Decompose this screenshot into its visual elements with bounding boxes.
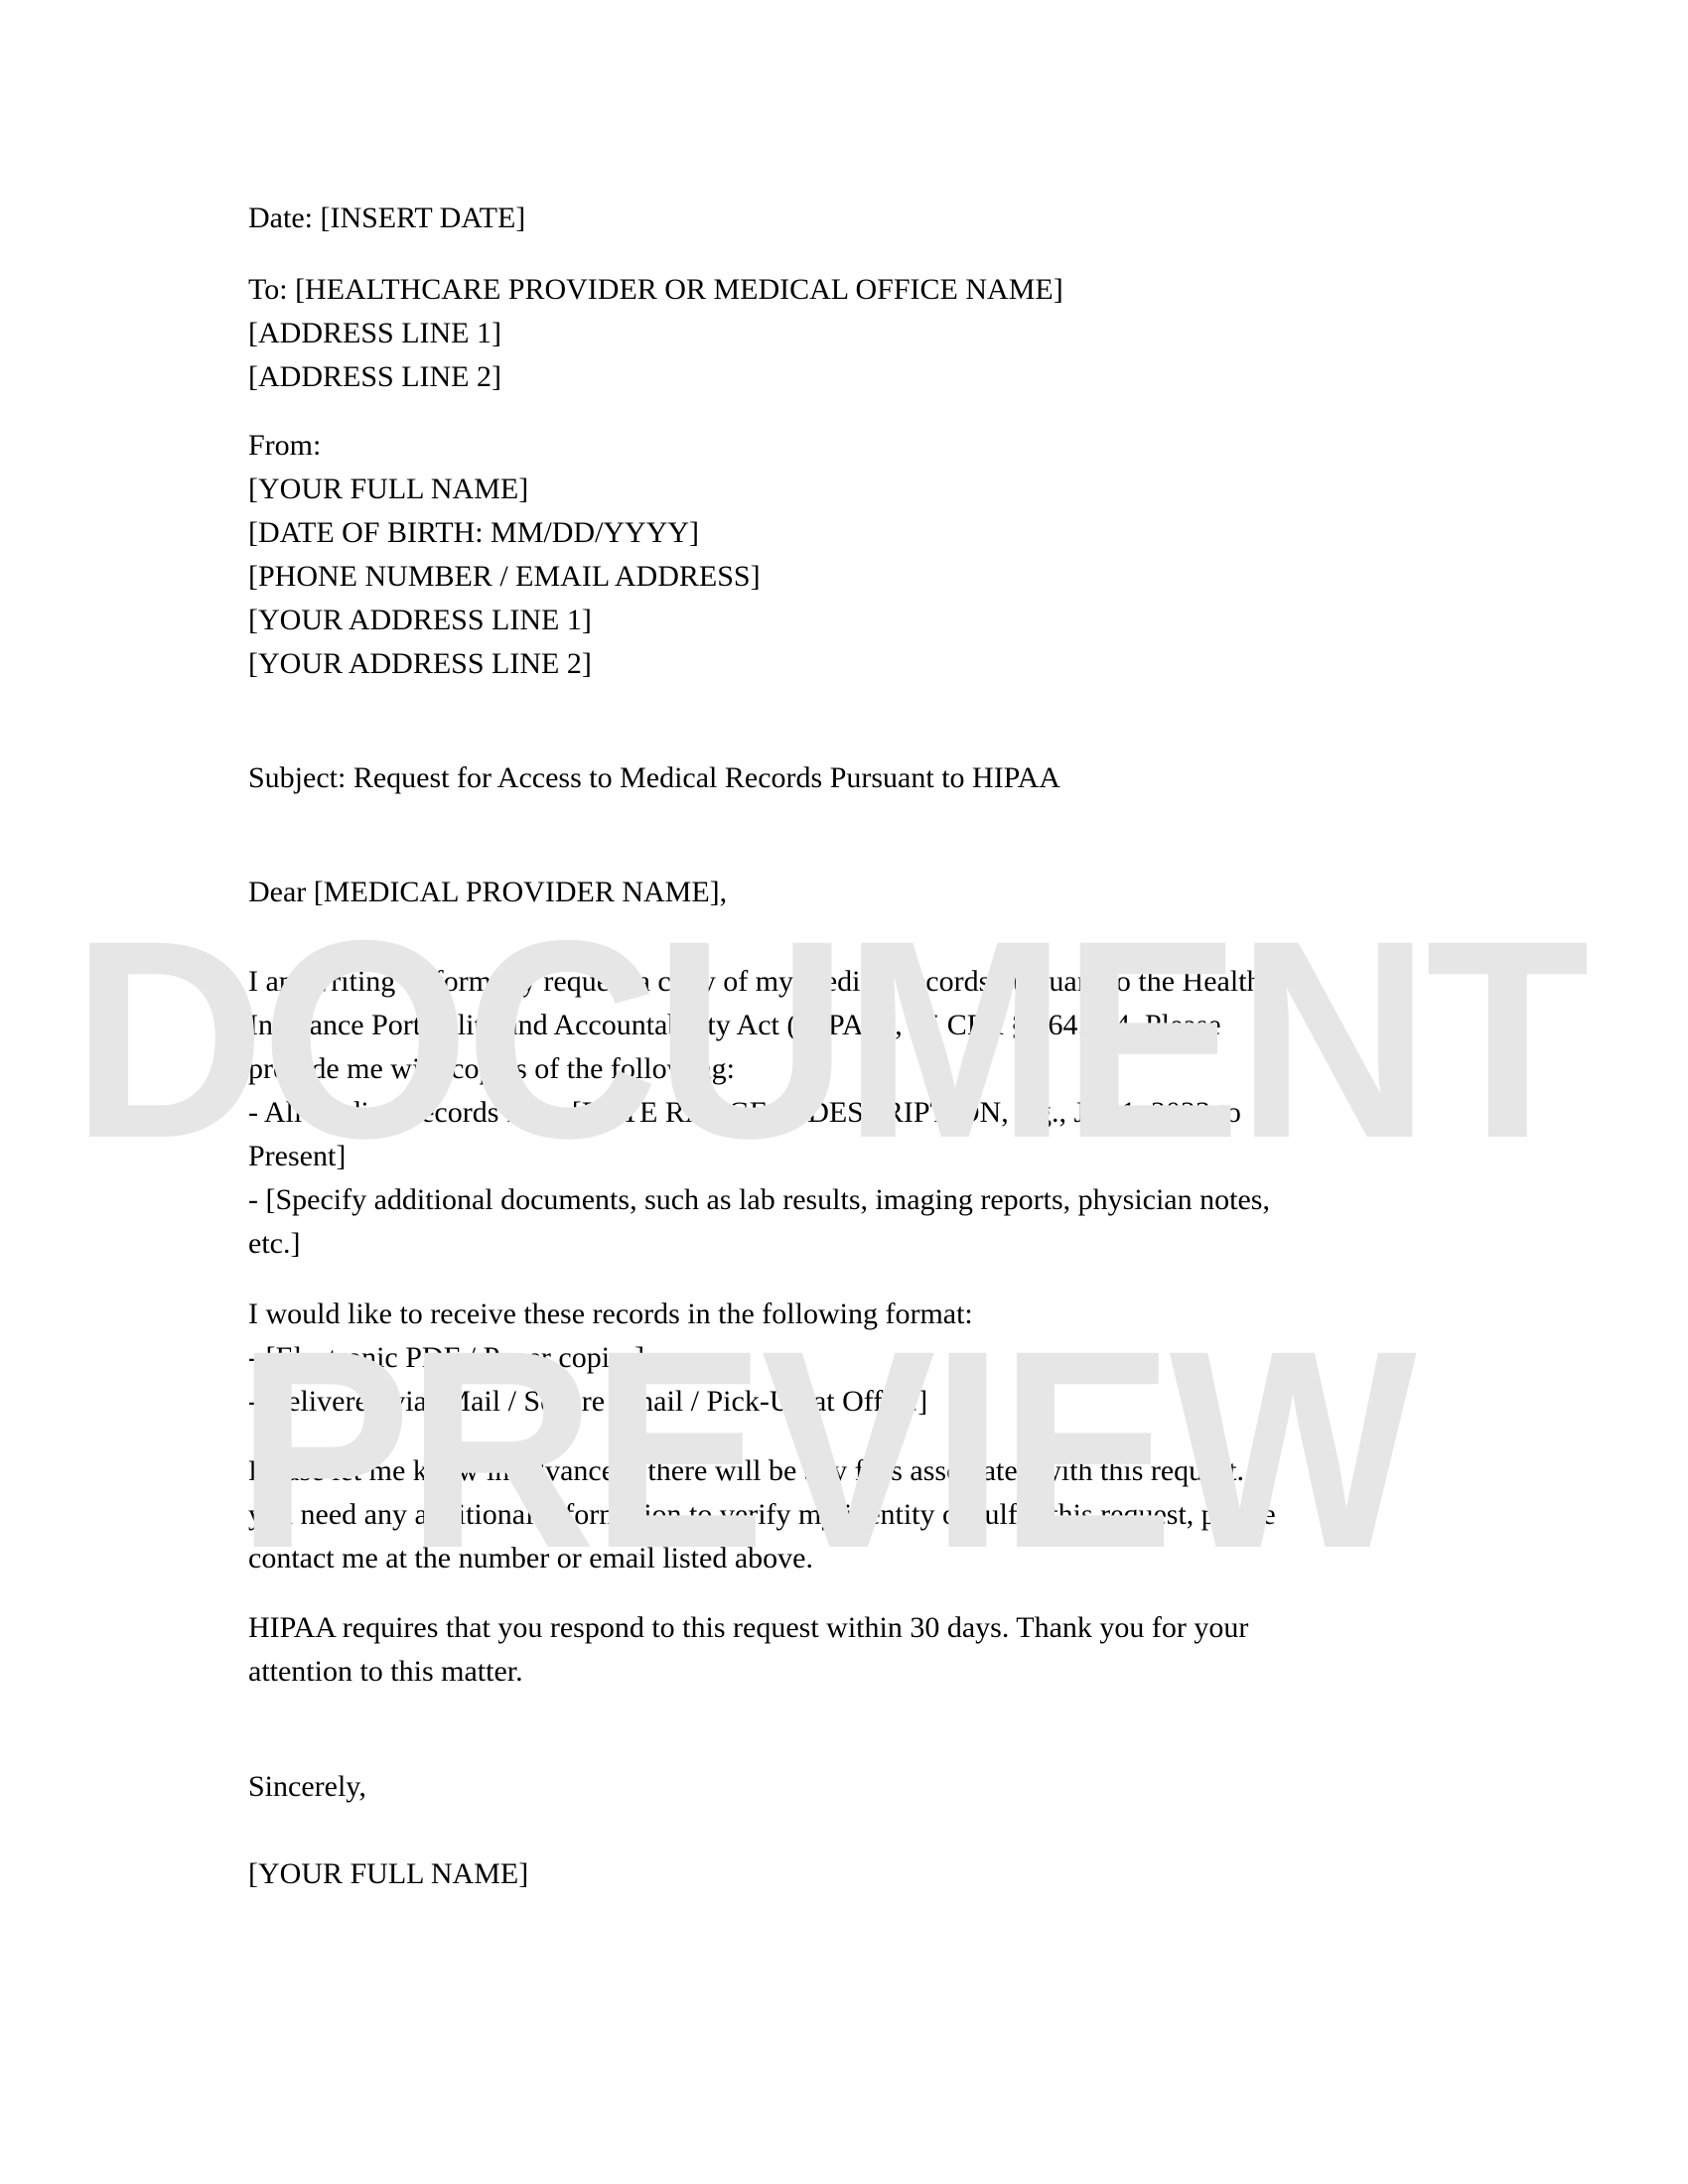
list-item-cont: etc.] — [248, 1222, 1410, 1266]
subject-text: Subject: Request for Access to Medical R… — [248, 756, 1410, 800]
recipient-address-1: [ADDRESS LINE 1] — [248, 312, 1410, 355]
list-item: - Delivered via [Mail / Secure Email / P… — [248, 1380, 1410, 1424]
recipient-block: To: [HEALTHCARE PROVIDER OR MEDICAL OFFI… — [248, 268, 1410, 399]
list-item: - All medical records from [DATE RANGE o… — [248, 1091, 1410, 1135]
document-page: Date: [INSERT DATE] To: [HEALTHCARE PROV… — [0, 0, 1688, 2184]
paragraph-line: I am writing to formally request a copy … — [248, 960, 1410, 1004]
recipient-name: To: [HEALTHCARE PROVIDER OR MEDICAL OFFI… — [248, 268, 1410, 312]
sender-block: From: [YOUR FULL NAME] [DATE OF BIRTH: M… — [248, 424, 1410, 686]
paragraph-line: you need any additional information to v… — [248, 1493, 1410, 1537]
paragraph-line: HIPAA requires that you respond to this … — [248, 1606, 1410, 1650]
sender-name: [YOUR FULL NAME] — [248, 468, 1410, 511]
date-text: Date: [INSERT DATE] — [248, 197, 1410, 240]
paragraph-line: attention to this matter. — [248, 1650, 1410, 1694]
format-paragraph: I would like to receive these records in… — [248, 1293, 1410, 1424]
list-item: - [Specify additional documents, such as… — [248, 1178, 1410, 1222]
date-line: Date: [INSERT DATE] — [248, 197, 1410, 240]
deadline-paragraph: HIPAA requires that you respond to this … — [248, 1606, 1410, 1694]
paragraph-line: Insurance Portability and Accountability… — [248, 1004, 1410, 1047]
paragraph-line: provide me with copies of the following: — [248, 1047, 1410, 1091]
sender-contact: [PHONE NUMBER / EMAIL ADDRESS] — [248, 555, 1410, 599]
paragraph-line: I would like to receive these records in… — [248, 1293, 1410, 1336]
salutation-text: Dear [MEDICAL PROVIDER NAME], — [248, 871, 1410, 914]
closing: Sincerely, — [248, 1765, 1410, 1809]
fees-paragraph: Please let me know in advance if there w… — [248, 1449, 1410, 1580]
recipient-address-2: [ADDRESS LINE 2] — [248, 355, 1410, 399]
request-paragraph: I am writing to formally request a copy … — [248, 960, 1410, 1266]
signature-text: [YOUR FULL NAME] — [248, 1852, 1410, 1896]
from-label: From: — [248, 424, 1410, 468]
list-item: - [Electronic PDF / Paper copies] — [248, 1336, 1410, 1380]
signature: [YOUR FULL NAME] — [248, 1852, 1410, 1896]
subject-line: Subject: Request for Access to Medical R… — [248, 756, 1410, 800]
paragraph-line: contact me at the number or email listed… — [248, 1537, 1410, 1580]
paragraph-line: Please let me know in advance if there w… — [248, 1449, 1410, 1493]
sender-address-2: [YOUR ADDRESS LINE 2] — [248, 642, 1410, 686]
closing-text: Sincerely, — [248, 1765, 1410, 1809]
sender-address-1: [YOUR ADDRESS LINE 1] — [248, 599, 1410, 642]
list-item-cont: Present] — [248, 1135, 1410, 1178]
salutation: Dear [MEDICAL PROVIDER NAME], — [248, 871, 1410, 914]
sender-dob: [DATE OF BIRTH: MM/DD/YYYY] — [248, 511, 1410, 555]
